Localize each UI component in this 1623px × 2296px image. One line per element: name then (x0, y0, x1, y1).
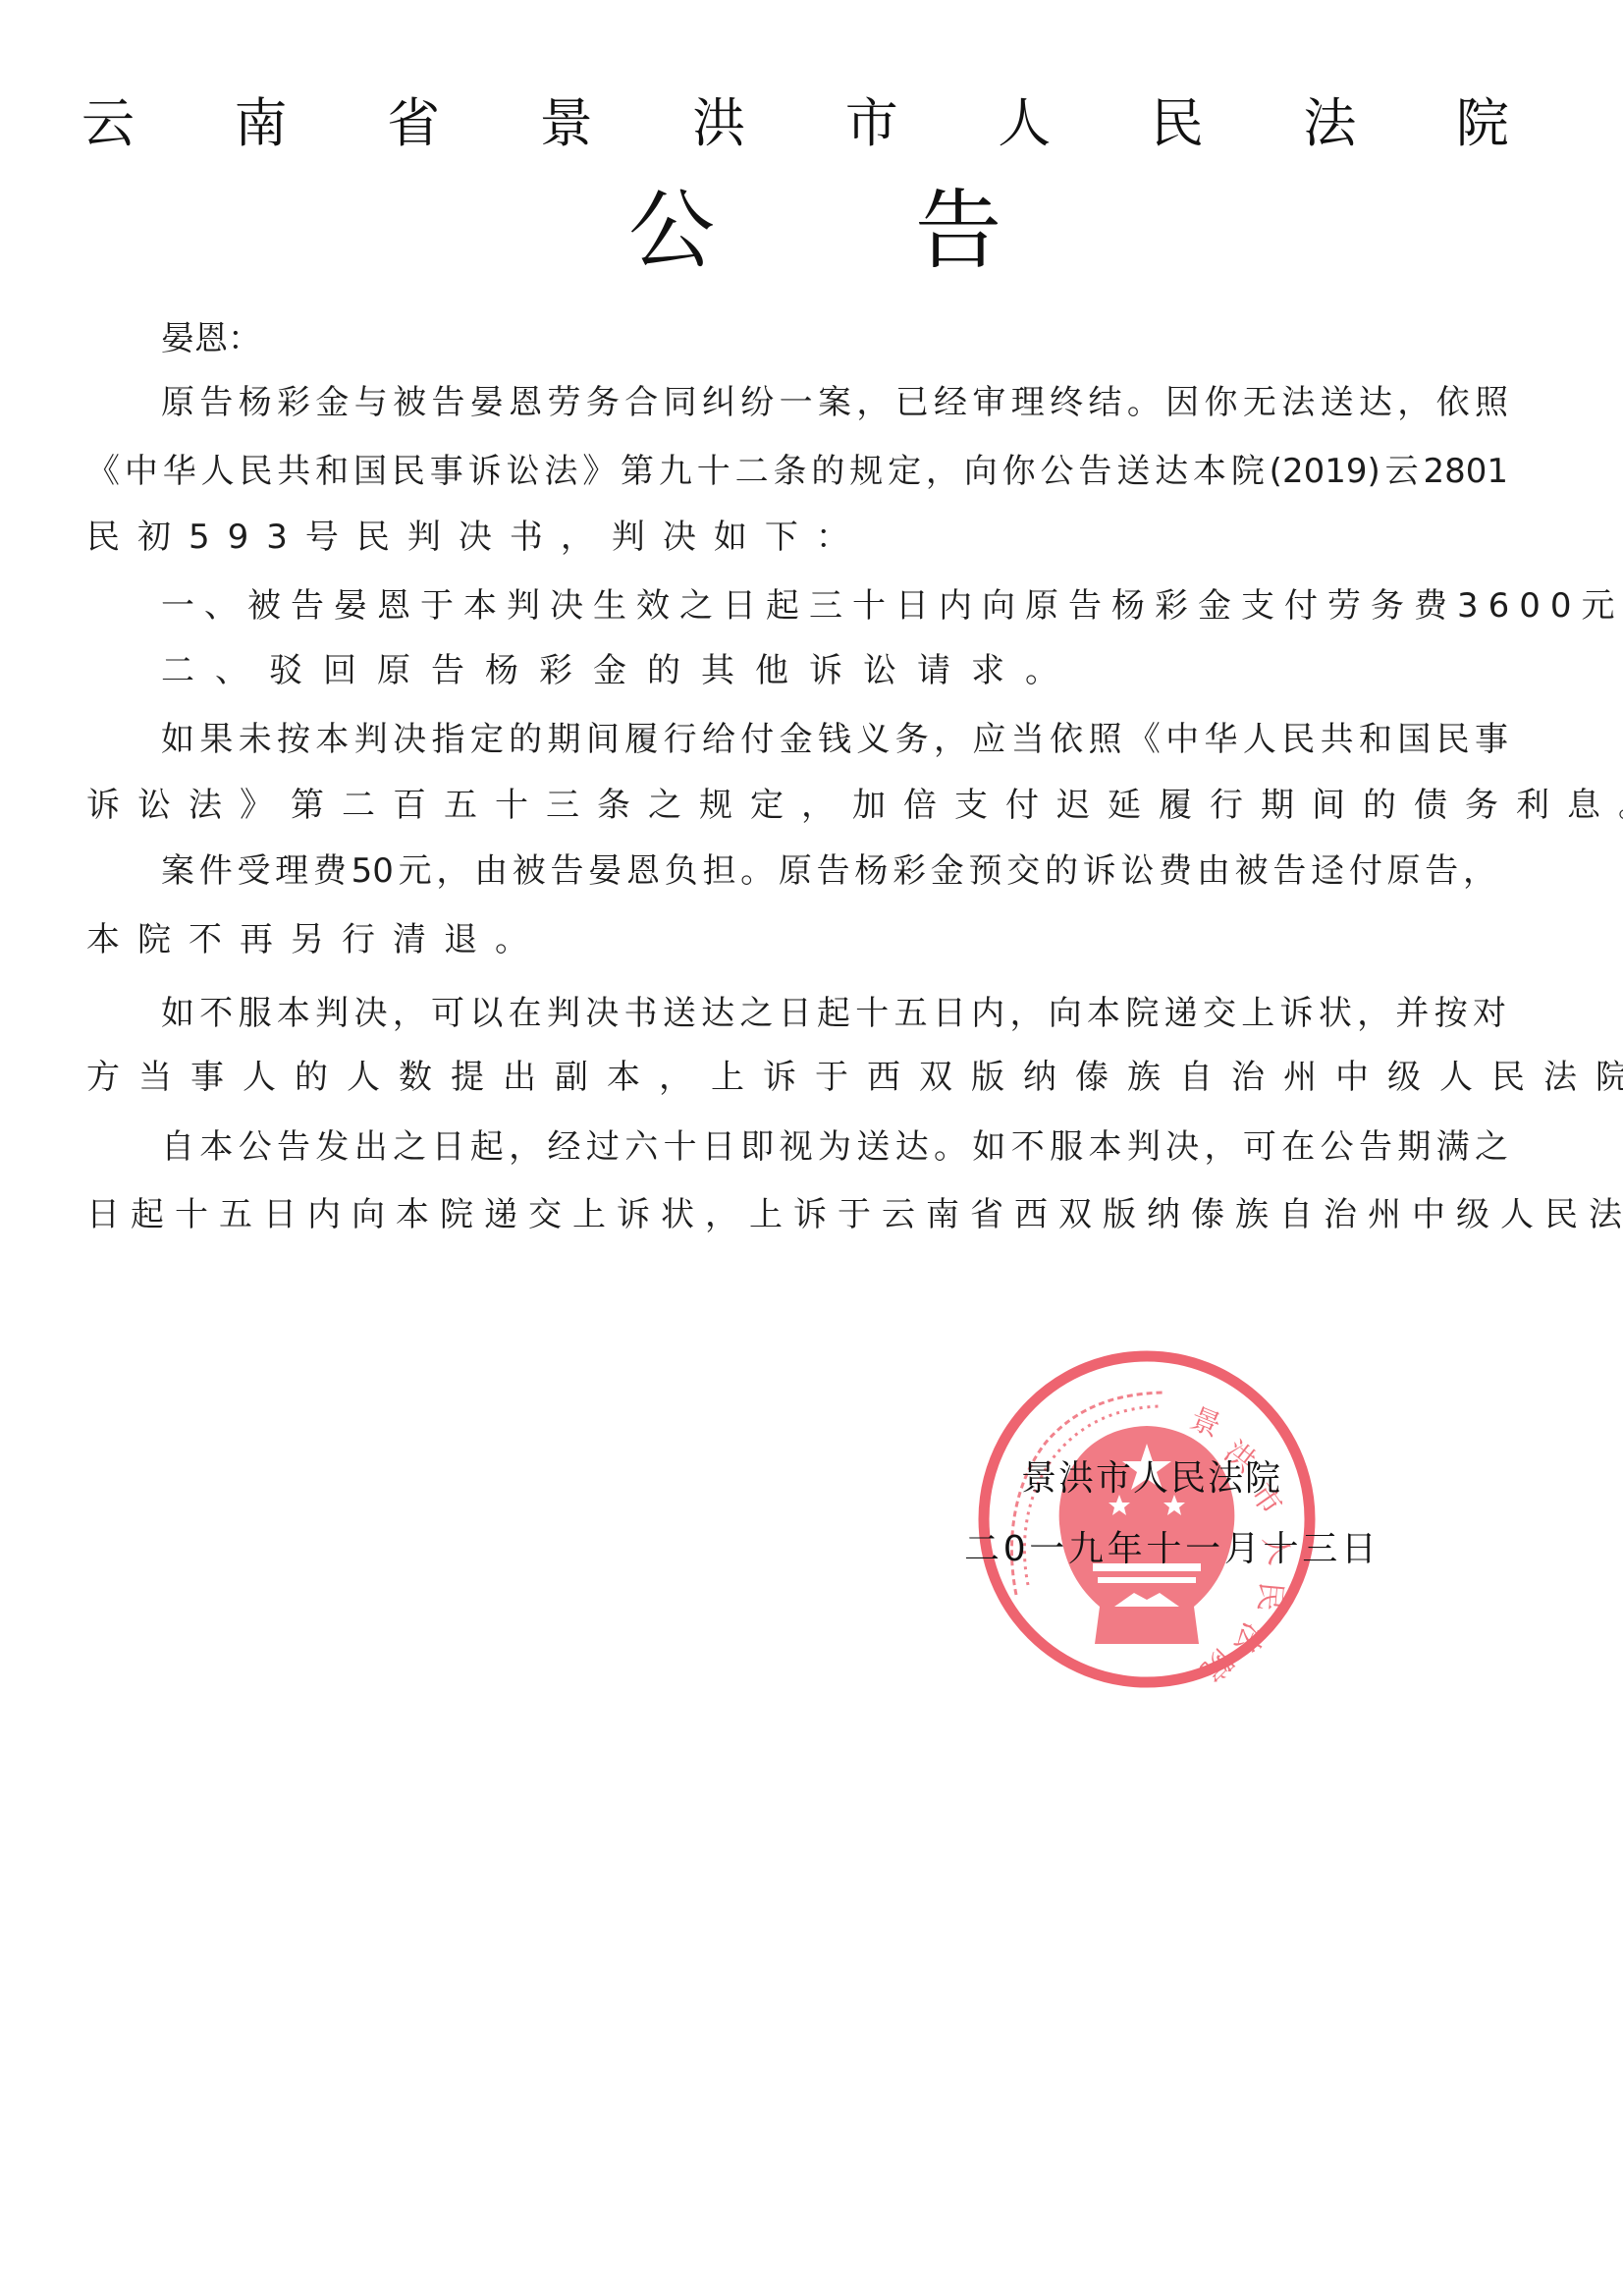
body-line: 案件受理费50元，由被告晏恩负担。原告杨彩金预交的诉讼费由被告迳付原告， (161, 849, 1496, 893)
date-char: 三 (1302, 1528, 1337, 1571)
body-line: 诉讼法》第二百五十三条之规定，加倍支付迟延履行期间的债务利息。 (86, 784, 1623, 827)
court-name-char: 洪 (689, 82, 748, 157)
svg-text:民: 民 (1251, 1580, 1287, 1613)
notice-title: 公 告 (628, 175, 1001, 273)
court-name-char: 民 (1148, 82, 1207, 157)
court-seal-icon: 景 洪 市 人 民 法 院 (977, 1349, 1317, 1689)
body-line: 如不服本判决，可以在判决书送达之日起十五日内，向本院递交上诉状，并按对 (161, 992, 1506, 1035)
date-char: 十 (1264, 1528, 1299, 1571)
document-page: 云 南 省 景 洪 市 人 民 法 院 公 告 晏恩： 原告杨彩金与被告晏恩劳务… (0, 0, 1623, 2296)
salutation: 晏恩： (161, 317, 261, 360)
court-name-char: 景 (537, 82, 596, 157)
court-name-char: 人 (995, 82, 1054, 157)
date-char: 月 (1224, 1528, 1260, 1571)
court-name-char: 院 (1453, 82, 1512, 157)
body-line: 自本公告发出之日起，经过六十日即视为送达。如不服本判决，可在公告期满之 (161, 1125, 1508, 1169)
date-char: 一 (1185, 1528, 1220, 1571)
date-char: 九 (1068, 1528, 1104, 1571)
date-char: 一 (1029, 1528, 1064, 1571)
body-line: 如果未按本判决指定的期间履行给付金钱义务，应当依照《中华人民共和国民事 (161, 718, 1508, 761)
body-line: 原告杨彩金与被告晏恩劳务合同纠纷一案，已经审理终结。因你无法送达，依照 (161, 381, 1508, 424)
judgment-item-2: 二、驳回原告杨彩金的其他诉讼请求。 (161, 649, 1079, 692)
court-name-char: 南 (232, 82, 291, 157)
court-name-char: 省 (384, 82, 443, 157)
body-line: 民初593号民判决书，判决如下： (86, 516, 867, 559)
court-name-heading: 云 南 省 景 洪 市 人 民 法 院 (79, 84, 1512, 153)
svg-text:院: 院 (1194, 1642, 1239, 1687)
date-char: 十 (1146, 1528, 1181, 1571)
date-char: 日 (1341, 1528, 1377, 1571)
date-char: 0 (1003, 1528, 1026, 1571)
body-line: 方当事人的人数提出副本，上诉于西双版纳傣族自治州中级人民法院。 (86, 1056, 1623, 1099)
date-char: 年 (1108, 1528, 1143, 1571)
judgment-item-1: 一、被告晏恩于本判决生效之日起三十日内向原告杨彩金支付劳务费3600元； (161, 584, 1623, 628)
body-line: 日起十五日内向本院递交上诉状，上诉于云南省西双版纳傣族自治州中级人民法院。 (86, 1193, 1623, 1236)
signature-court-name: 景洪市人民法院 (1021, 1457, 1282, 1501)
court-name-char: 云 (79, 82, 137, 157)
court-name-char: 法 (1300, 82, 1359, 157)
date-char: 二 (964, 1528, 1000, 1571)
notice-title-char: 公 (628, 162, 715, 286)
body-line: 本院不再另行清退。 (86, 918, 546, 961)
court-name-char: 市 (842, 82, 901, 157)
body-line: 《中华人民共和国民事诉讼法》第九十二条的规定，向你公告送达本院(2019)云28… (86, 450, 1508, 493)
issue-date: 二 0 一 九 年 十 一 月 十 三 日 (964, 1528, 1377, 1571)
notice-title-char: 告 (915, 162, 1001, 286)
